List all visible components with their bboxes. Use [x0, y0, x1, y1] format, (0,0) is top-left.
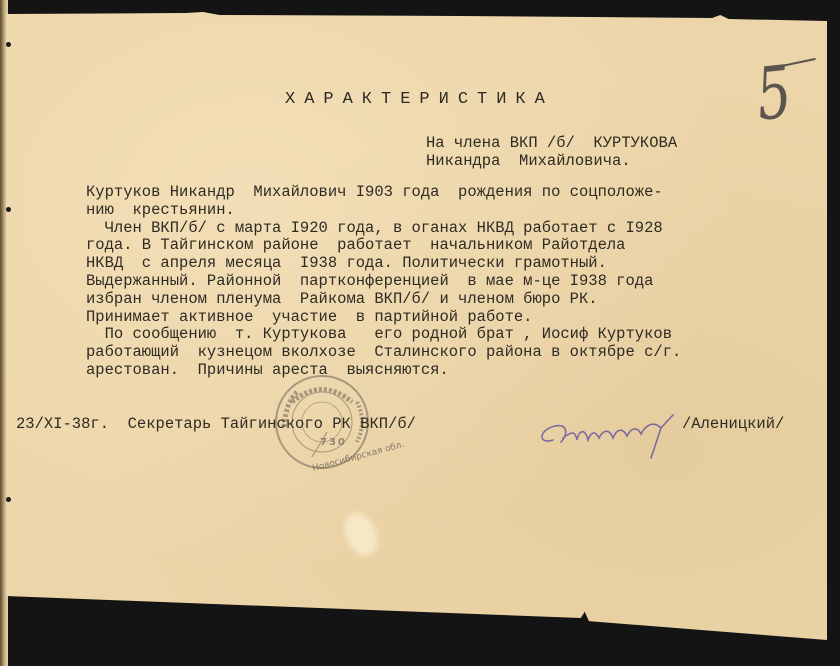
stamp-number: 730 [320, 437, 347, 448]
body-line: Куртуков Никандр Михайлович I903 года ро… [86, 183, 663, 201]
binding-hole [6, 497, 11, 502]
body-line: нию крестьянин. [86, 201, 235, 219]
addressee: На члена ВКП /б/ КУРТУКОВА Никандра Миха… [426, 134, 677, 170]
handwritten-signature-icon [533, 410, 693, 460]
body-line: Принимает активное участие в партийной р… [86, 308, 532, 326]
body-line: НКВД с апреля месяца I938 года. Политиче… [86, 254, 607, 272]
paper-light-spot [338, 508, 384, 561]
body-line: избран членом пленума Райкома ВКП/б/ и ч… [86, 290, 598, 308]
body-line: Выдержанный. Районной партконференцией в… [86, 272, 653, 290]
body-line: По сообщению т. Куртукова его родной бра… [86, 325, 672, 343]
body-line: Член ВКП/б/ с марта I920 года, в оганах … [86, 219, 663, 237]
body-line: арестован. Причины ареста выясняются. [86, 361, 449, 379]
signed-name: /Аленицкий/ [682, 415, 784, 433]
addressee-line-1: На члена ВКП /б/ КУРТУКОВА [426, 134, 677, 152]
body-line: года. В Тайгинском районе работает начал… [86, 236, 626, 254]
document-page: 5 ХАРАКТЕРИСТИКА На члена ВКП /б/ КУРТУК… [6, 12, 827, 640]
binding-hole [6, 42, 11, 47]
footer-date-position: 23/XI-38г. Секретарь Тайгинского РК ВКП/… [16, 415, 416, 433]
addressee-line-2: Никандра Михайловича. [426, 152, 631, 170]
page-number: 5 [753, 55, 795, 130]
binding-hole [6, 207, 11, 212]
body-text: Куртуков Никандр Михайлович I903 года ро… [86, 184, 681, 380]
document-title: ХАРАКТЕРИСТИКА [285, 90, 554, 109]
body-line: работающий кузнецом вколхозе Сталинского… [86, 343, 681, 361]
